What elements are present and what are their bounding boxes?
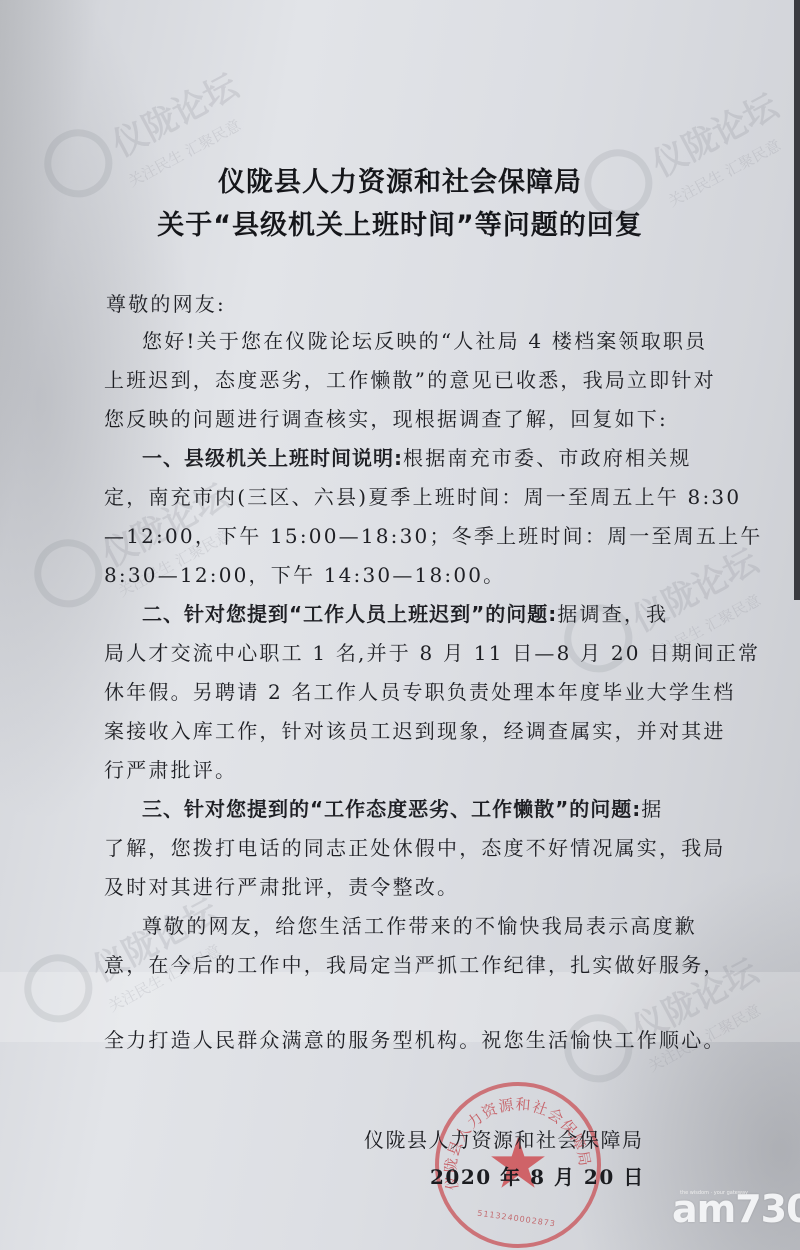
closing-line: 意，在今后的工作中，我局定当严抓工作纪律，扎实做好服务， <box>104 949 726 978</box>
section-2: 二、针对您提到“工作人员上班迟到”的问题:据调查，我 <box>142 598 668 627</box>
section-1-line: 8:30—12:00，下午 14:30—18:00。 <box>104 559 505 588</box>
intro-line: 您好!关于您在仪陇论坛反映的“人社局 4 楼档案领取职员 <box>142 325 707 354</box>
section-3-line: 及时对其进行严肃批评，责令整改。 <box>104 871 459 900</box>
signature-date: 2020 年 8 月 20 日 <box>430 1161 645 1190</box>
document-title: 仪陇县人力资源和社会保障局 <box>0 160 800 199</box>
section-1-heading: 一、县级机关上班时间说明: <box>142 446 403 470</box>
salutation: 尊敬的网友: <box>106 288 226 317</box>
section-3-line: 了解，您拨打电话的同志正处休假中，态度不好情况属实，我局 <box>104 832 726 861</box>
section-2-line: 行严肃批评。 <box>104 754 237 783</box>
section-1: 一、县级机关上班时间说明:根据南充市委、市政府相关规 <box>142 442 692 471</box>
document-subtitle: 关于“县级机关上班时间”等问题的回复 <box>0 203 800 242</box>
closing-line: 全力打造人民群众满意的服务型机构。祝您生活愉快工作顺心。 <box>104 1024 726 1053</box>
section-2-line: 休年假。另聘请 2 名工作人员专职负责处理本年度毕业大学生档 <box>104 676 735 705</box>
section-2-line: 案接收入库工作，针对该员工迟到现象，经调查属实，并对其进 <box>104 715 726 744</box>
signature-org: 仪陇县人力资源和社会保障局 <box>364 1124 644 1153</box>
section-3: 三、针对您提到的“工作态度恶劣、工作懒散”的问题:据 <box>142 793 664 822</box>
intro-line: 您反映的问题进行调查核实，现根据调查了解，回复如下: <box>104 403 668 432</box>
forum-logo-icon <box>22 527 114 619</box>
section-3-heading: 三、针对您提到的“工作态度恶劣、工作懒散”的问题: <box>142 797 641 821</box>
section-2-heading: 二、针对您提到“工作人员上班迟到”的问题: <box>142 602 557 626</box>
section-1-line: 定，南充市内(三区、六县)夏季上班时间：周一至周五上午 8:30 <box>104 481 741 510</box>
section-1-line: —12:00，下午 15:00—18:30；冬季上班时间：周一至周五上午 <box>104 520 762 549</box>
intro-line: 上班迟到，态度恶劣，工作懒散”的意见已收悉，我局立即针对 <box>104 364 716 393</box>
closing-line: 尊敬的网友，给您生活工作带来的不愉快我局表示高度歉 <box>142 910 697 939</box>
am730-logo: am730 <box>672 1190 800 1228</box>
paper-edge <box>794 0 800 600</box>
section-2-line: 局人才交流中心职工 1 名,并于 8 月 11 日—8 月 20 日期间正常 <box>104 637 760 666</box>
